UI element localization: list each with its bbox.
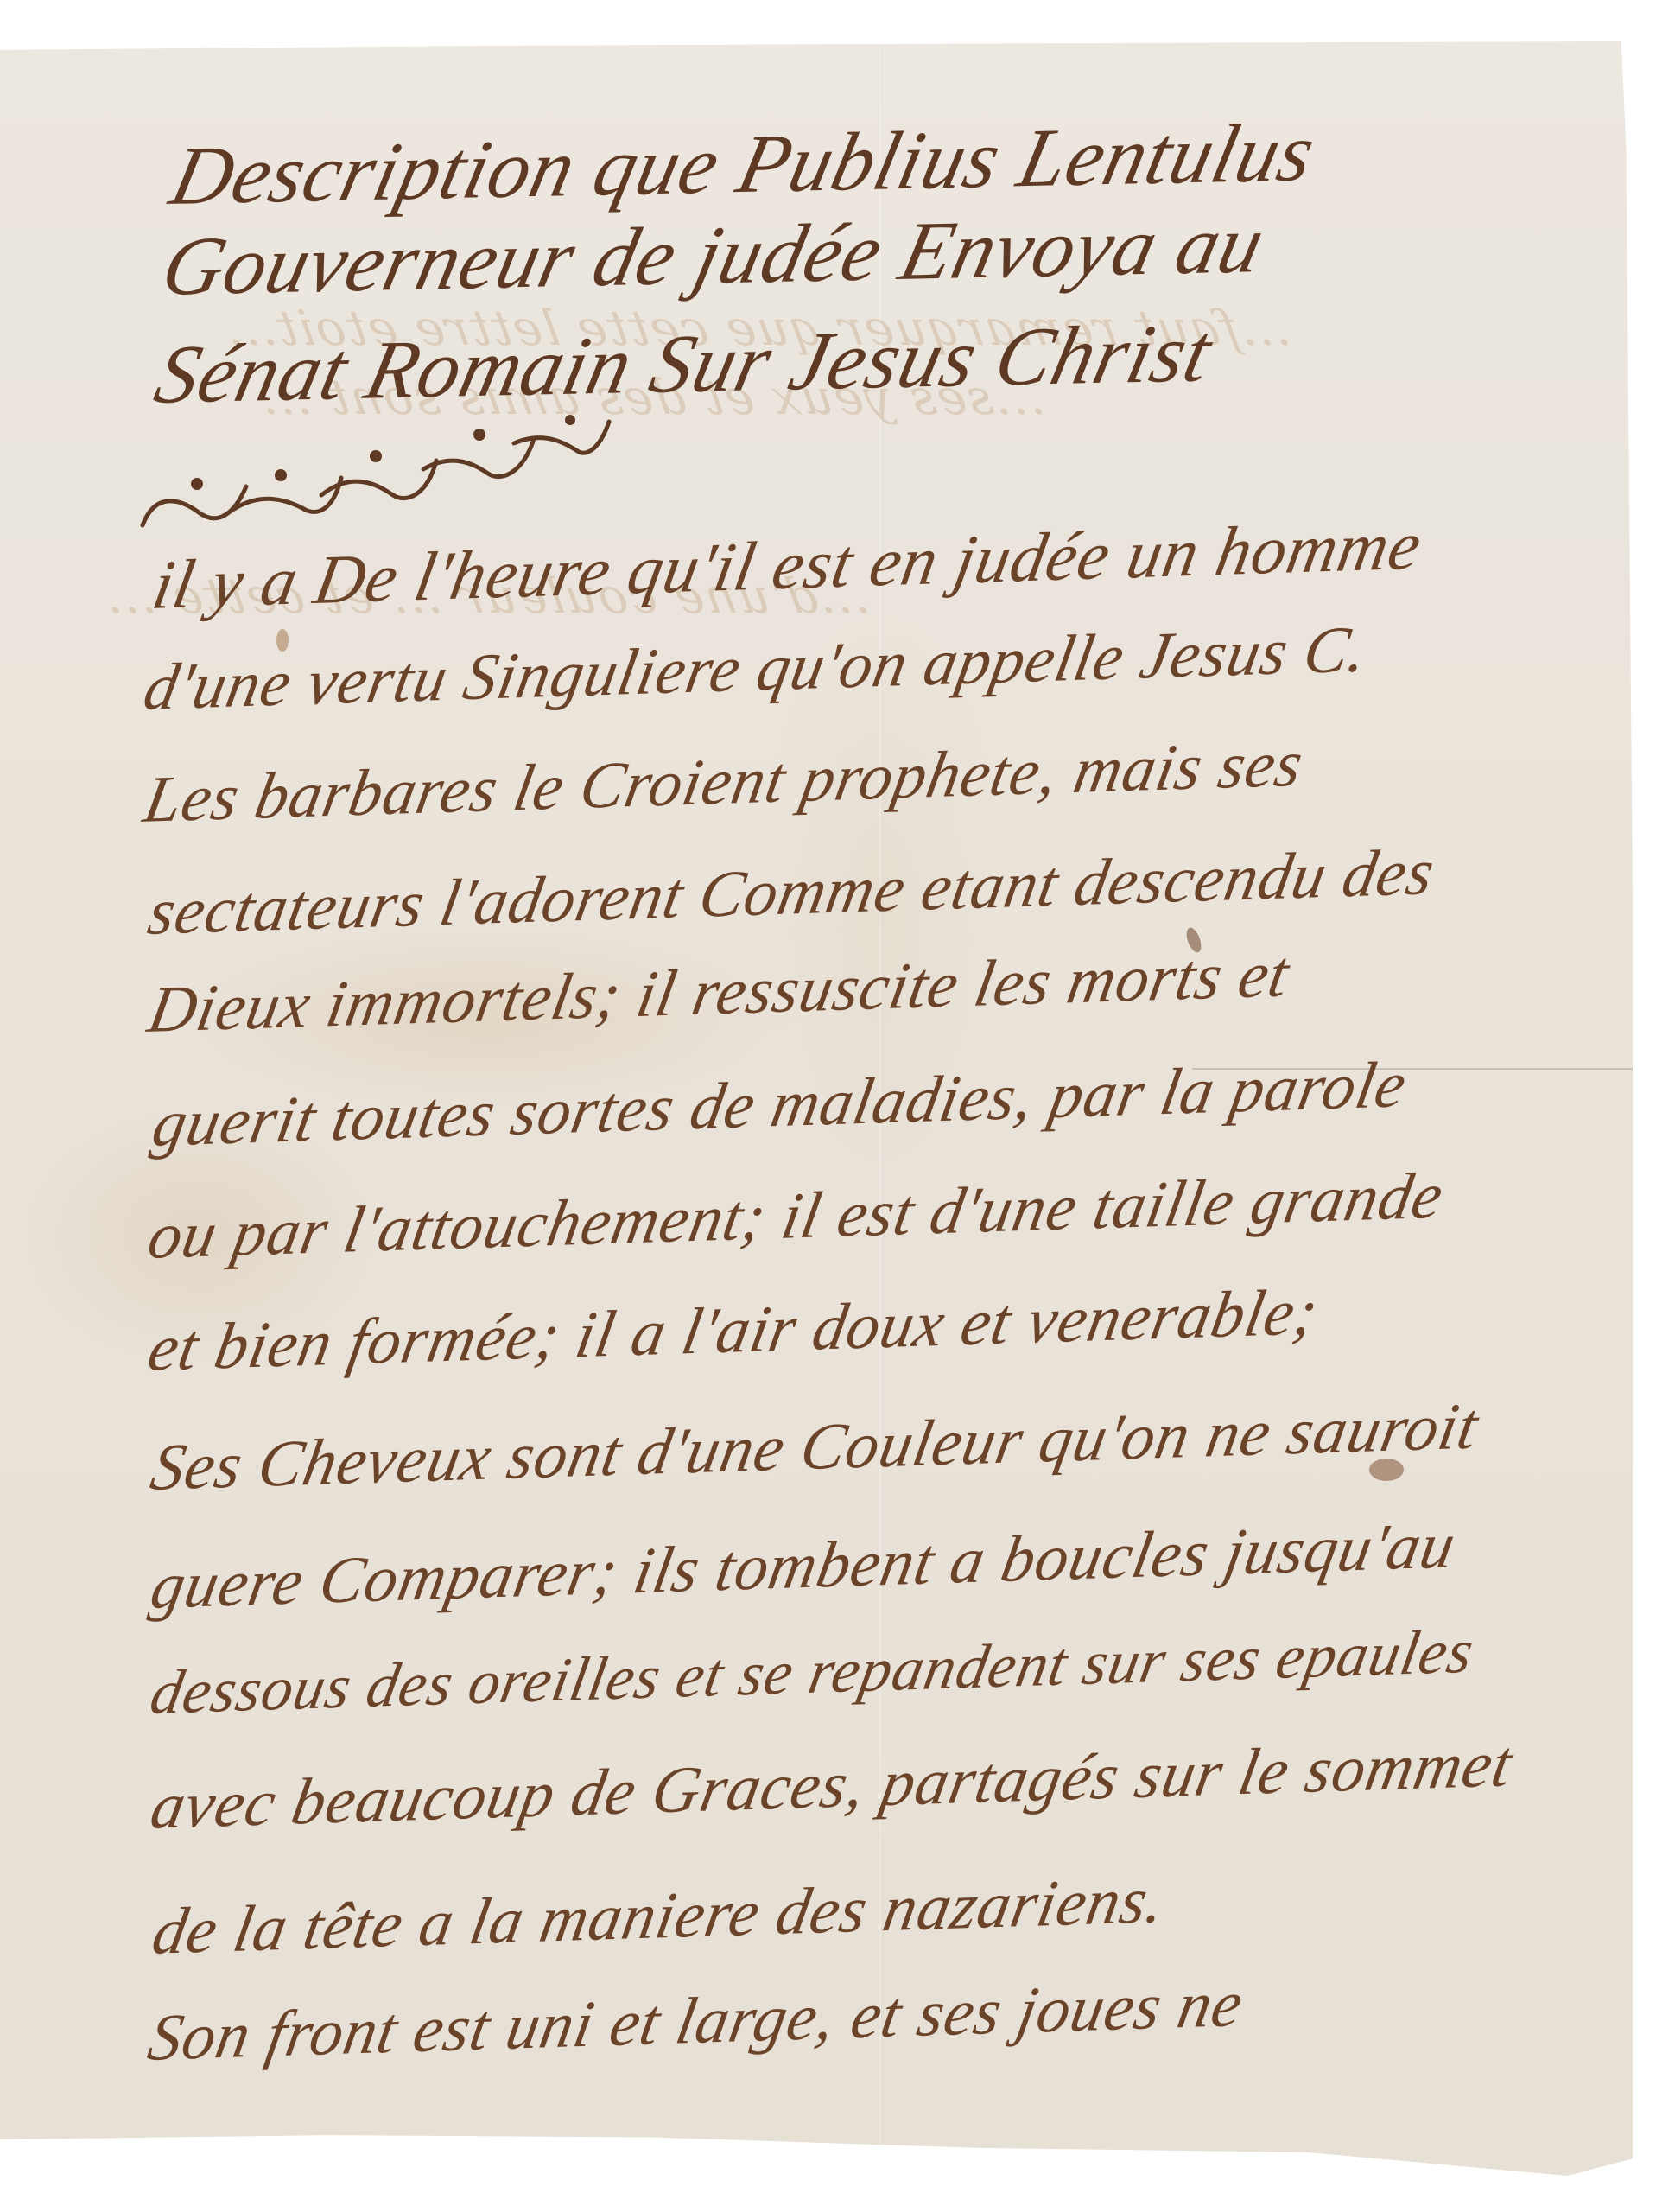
- body-line-6: guerit toutes sortes de maladies, par la…: [147, 1047, 1412, 1162]
- body-line-2: d'une vertu Singuliere qu'on appelle Jes…: [138, 612, 1374, 726]
- ink-blot: [1369, 1459, 1404, 1481]
- body-line-8: et bien formée; il a l'air doux et vener…: [143, 1274, 1324, 1387]
- body-line-4: sectateurs l'adorent Comme etant descend…: [143, 835, 1440, 950]
- body-line-9: Ses Cheveux sont d'une Couleur qu'on ne …: [145, 1389, 1484, 1506]
- body-line-7: ou par l'attouchement; il est d'une tail…: [143, 1158, 1450, 1274]
- body-line-3: Les barbares le Croient prophete, mais s…: [138, 726, 1309, 838]
- body-line-10: guere Comparer; ils tombent a boucles ju…: [145, 1508, 1462, 1624]
- ink-blot: [276, 629, 289, 652]
- body-line-11: dessous des oreilles et se repandent sur…: [145, 1615, 1480, 1729]
- manuscript-page: ...faut remarquer que cette lettre etoit…: [0, 41, 1633, 2176]
- title-line-3: Sénat Romain Sur Jesus Christ: [147, 304, 1221, 423]
- body-line-12: avec beaucoup de Graces, partagés sur le…: [145, 1726, 1519, 1845]
- body-line-14: Son front est uni et large, et ses joues…: [143, 1967, 1249, 2076]
- body-line-5: Dieux immortels; il ressuscite les morts…: [143, 937, 1295, 1048]
- body-line-13: de la tête a la maniere des nazariens.: [147, 1863, 1171, 1970]
